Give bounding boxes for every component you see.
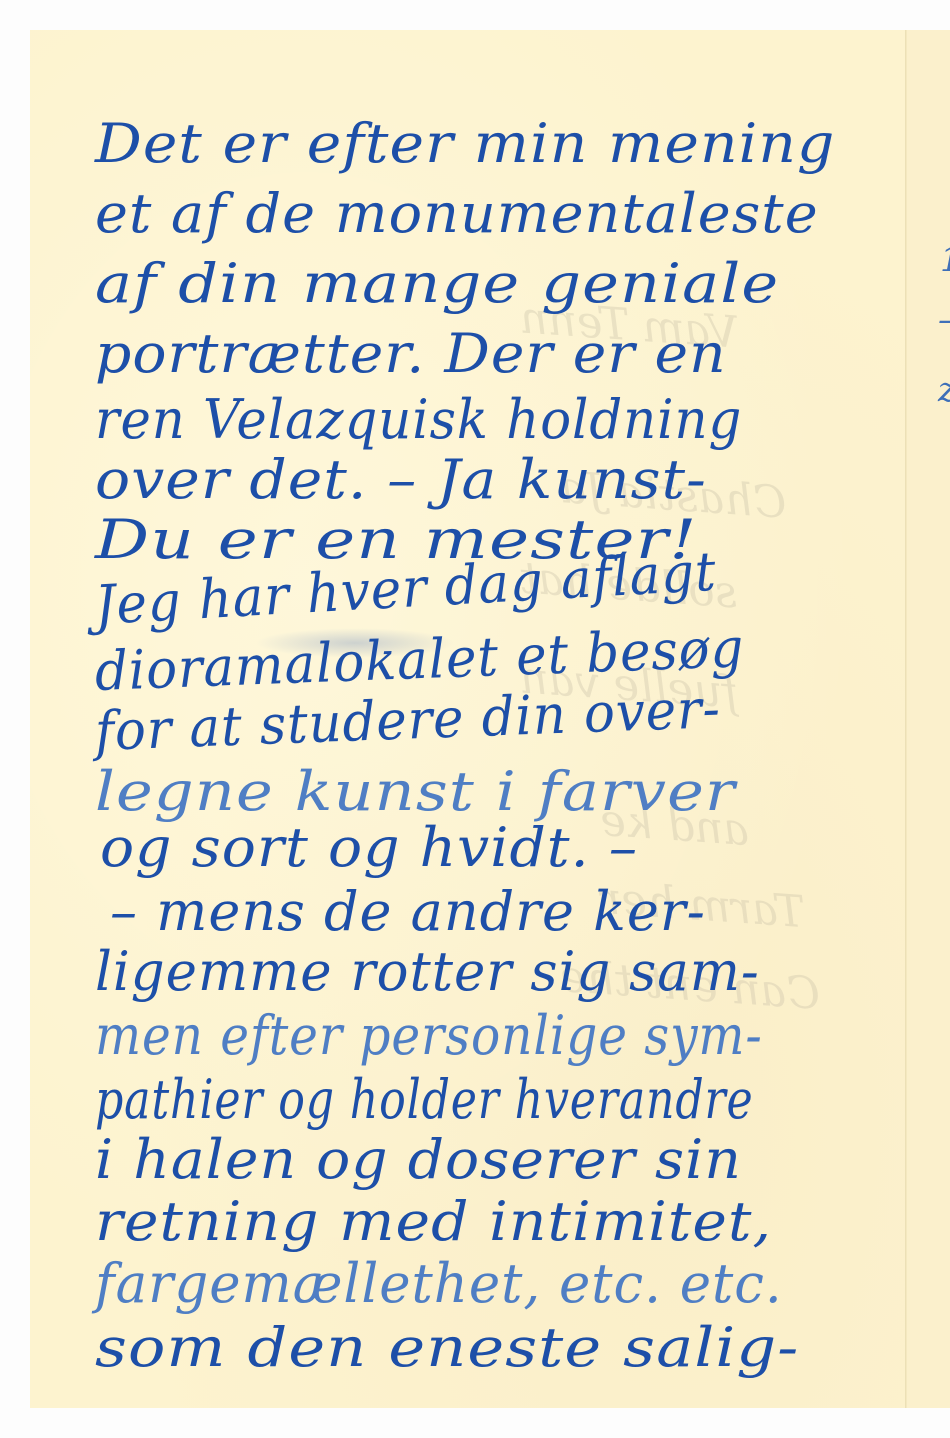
letter-line-3: af din mange geniale [95, 252, 779, 315]
letter-line-14: ligemme rotter sig sam- [95, 940, 760, 1003]
letter-line-19: fargemællethet, etc. etc. [95, 1252, 783, 1315]
next-page-mark: – [938, 300, 950, 340]
next-page-edge [907, 30, 950, 1408]
next-page-mark: 1 [940, 240, 950, 280]
letter-line-17: i halen og doserer sin [95, 1128, 742, 1191]
next-page-mark: z [938, 370, 950, 410]
letter-line-18: retning med intimitet, [95, 1190, 772, 1253]
page-fold [905, 30, 907, 1408]
letter-line-5: ren Velazquisk holdning [95, 388, 742, 451]
letter-line-16: pathier og holder hverandre [95, 1068, 754, 1131]
letter-line-11: legne kunst i farver [95, 760, 736, 823]
letter-line-13: – mens de andre ker- [110, 880, 706, 943]
letter-line-12: og sort og hvidt. – [100, 816, 638, 879]
letter-line-6: over det. – Ja kunst- [95, 448, 707, 511]
letter-line-20: som den eneste salig- [95, 1316, 799, 1379]
letter-line-1: Det er efter min mening [95, 112, 835, 175]
letter-line-4: portrætter. Der er en [95, 322, 727, 385]
letter-line-15: men efter personlige sym- [95, 1004, 763, 1067]
letter-line-2: et af de monumentaleste [95, 182, 819, 245]
